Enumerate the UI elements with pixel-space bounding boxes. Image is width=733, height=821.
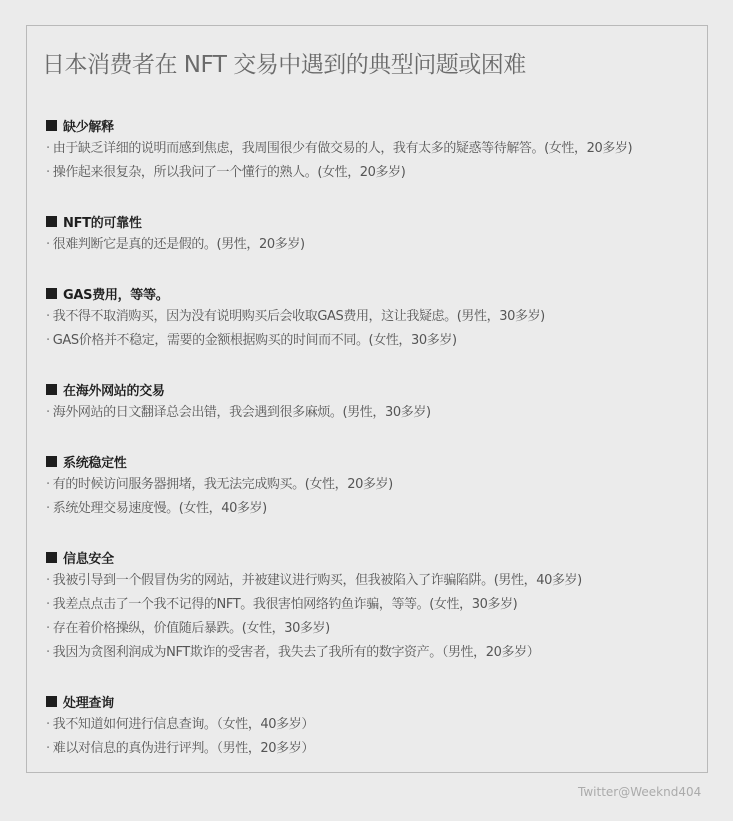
section-6: 信息安全 ·我被引导到一个假冒伪劣的网站，并被建议进行购买，但我被陷入了诈骗陷阱… (46, 545, 706, 665)
list-item: ·很难判断它是真的还是假的。(男性，20多岁) (46, 233, 706, 257)
page-title: 日本消费者在 NFT 交易中遇到的典型问题或困难 (42, 50, 526, 80)
dot-bullet-icon: · (46, 645, 50, 660)
dot-bullet-icon: · (46, 237, 50, 252)
section-header: 系统稳定性 (46, 449, 706, 473)
dot-bullet-icon: · (46, 309, 50, 324)
list-item-text: 我不知道如何进行信息查询。（女性，40多岁） (53, 717, 314, 732)
dot-bullet-icon: · (46, 597, 50, 612)
section-items: ·由于缺乏详细的说明而感到焦虑，我周围很少有做交易的人，我有太多的疑惑等待解答。… (46, 137, 706, 185)
section-header-text: NFT的可靠性 (63, 212, 142, 231)
square-bullet-icon (46, 696, 57, 707)
list-item-text: 很难判断它是真的还是假的。(男性，20多岁) (53, 237, 305, 252)
list-item: ·我被引导到一个假冒伪劣的网站，并被建议进行购买，但我被陷入了诈骗陷阱。(男性，… (46, 569, 706, 593)
section-items: ·我被引导到一个假冒伪劣的网站，并被建议进行购买，但我被陷入了诈骗陷阱。(男性，… (46, 569, 706, 665)
section-4: 在海外网站的交易 ·海外网站的日文翻译总会出错，我会遇到很多麻烦。(男性，30多… (46, 377, 706, 425)
list-item: ·存在着价格操纵，价值随后暴跌。(女性，30多岁) (46, 617, 706, 641)
section-header: 缺少解释 (46, 113, 706, 137)
section-3: GAS费用，等等。 ·我不得不取消购买，因为没有说明购买后会收取GAS费用，这让… (46, 281, 706, 353)
list-item: ·我因为贪图利润成为NFT欺诈的受害者，我失去了我所有的数字资产。（男性，20多… (46, 641, 706, 665)
section-header: NFT的可靠性 (46, 209, 706, 233)
section-2: NFT的可靠性 ·很难判断它是真的还是假的。(男性，20多岁) (46, 209, 706, 257)
square-bullet-icon (46, 552, 57, 563)
list-item: ·由于缺乏详细的说明而感到焦虑，我周围很少有做交易的人，我有太多的疑惑等待解答。… (46, 137, 706, 161)
section-items: ·很难判断它是真的还是假的。(男性，20多岁) (46, 233, 706, 257)
list-item: ·系统处理交易速度慢。(女性，40多岁) (46, 497, 706, 521)
list-item-text: 有的时候访问服务器拥堵，我无法完成购买。(女性，20多岁) (53, 477, 393, 492)
dot-bullet-icon: · (46, 741, 50, 756)
section-items: ·我不得不取消购买，因为没有说明购买后会收取GAS费用，这让我疑虑。(男性，30… (46, 305, 706, 353)
section-header-text: 信息安全 (63, 548, 114, 567)
dot-bullet-icon: · (46, 477, 50, 492)
dot-bullet-icon: · (46, 717, 50, 732)
section-header: 在海外网站的交易 (46, 377, 706, 401)
footer-credit: Twitter@Weeknd404 (578, 785, 701, 799)
list-item-text: 我不得不取消购买，因为没有说明购买后会收取GAS费用，这让我疑虑。(男性，30多… (53, 309, 545, 324)
section-header: 信息安全 (46, 545, 706, 569)
list-item: ·难以对信息的真伪进行评判。（男性，20多岁） (46, 737, 706, 761)
square-bullet-icon (46, 120, 57, 131)
list-item: ·我不知道如何进行信息查询。（女性，40多岁） (46, 713, 706, 737)
list-item-text: 由于缺乏详细的说明而感到焦虑，我周围很少有做交易的人，我有太多的疑惑等待解答。(… (53, 141, 633, 156)
list-item-text: 操作起来很复杂，所以我问了一个懂行的熟人。(女性，20多岁) (53, 165, 406, 180)
section-items: ·有的时候访问服务器拥堵，我无法完成购买。(女性，20多岁)·系统处理交易速度慢… (46, 473, 706, 521)
dot-bullet-icon: · (46, 141, 50, 156)
section-header: GAS费用，等等。 (46, 281, 706, 305)
content-card: 日本消费者在 NFT 交易中遇到的典型问题或困难 缺少解释 ·由于缺乏详细的说明… (26, 25, 708, 773)
list-item-text: GAS价格并不稳定，需要的金额根据购买的时间而不同。(女性，30多岁) (53, 333, 457, 348)
section-header-text: 系统稳定性 (63, 452, 127, 471)
list-item-text: 我因为贪图利润成为NFT欺诈的受害者，我失去了我所有的数字资产。（男性，20多岁… (53, 645, 540, 660)
section-header-text: 在海外网站的交易 (63, 380, 165, 399)
dot-bullet-icon: · (46, 621, 50, 636)
dot-bullet-icon: · (46, 165, 50, 180)
list-item-text: 系统处理交易速度慢。(女性，40多岁) (53, 501, 267, 516)
section-header-text: GAS费用，等等。 (63, 284, 168, 303)
list-item: ·海外网站的日文翻译总会出错，我会遇到很多麻烦。(男性，30多岁) (46, 401, 706, 425)
list-item-text: 我被引导到一个假冒伪劣的网站，并被建议进行购买，但我被陷入了诈骗陷阱。(男性，4… (53, 573, 582, 588)
list-item: ·我差点点击了一个我不记得的NFT。我很害怕网络钓鱼诈骗，等等。(女性，30多岁… (46, 593, 706, 617)
list-item-text: 难以对信息的真伪进行评判。（男性，20多岁） (53, 741, 314, 756)
section-items: ·我不知道如何进行信息查询。（女性，40多岁）·难以对信息的真伪进行评判。（男性… (46, 713, 706, 761)
section-header: 处理查询 (46, 689, 706, 713)
section-5: 系统稳定性 ·有的时候访问服务器拥堵，我无法完成购买。(女性，20多岁)·系统处… (46, 449, 706, 521)
dot-bullet-icon: · (46, 501, 50, 516)
list-item-text: 存在着价格操纵，价值随后暴跌。(女性，30多岁) (53, 621, 330, 636)
square-bullet-icon (46, 456, 57, 467)
list-item-text: 我差点点击了一个我不记得的NFT。我很害怕网络钓鱼诈骗，等等。(女性，30多岁) (53, 597, 518, 612)
dot-bullet-icon: · (46, 405, 50, 420)
list-item: ·GAS价格并不稳定，需要的金额根据购买的时间而不同。(女性，30多岁) (46, 329, 706, 353)
section-7: 处理查询 ·我不知道如何进行信息查询。（女性，40多岁）·难以对信息的真伪进行评… (46, 689, 706, 761)
section-1: 缺少解释 ·由于缺乏详细的说明而感到焦虑，我周围很少有做交易的人，我有太多的疑惑… (46, 113, 706, 185)
section-items: ·海外网站的日文翻译总会出错，我会遇到很多麻烦。(男性，30多岁) (46, 401, 706, 425)
square-bullet-icon (46, 384, 57, 395)
dot-bullet-icon: · (46, 333, 50, 348)
list-item: ·操作起来很复杂，所以我问了一个懂行的熟人。(女性，20多岁) (46, 161, 706, 185)
square-bullet-icon (46, 288, 57, 299)
sections-list: 缺少解释 ·由于缺乏详细的说明而感到焦虑，我周围很少有做交易的人，我有太多的疑惑… (46, 113, 706, 785)
list-item: ·有的时候访问服务器拥堵，我无法完成购买。(女性，20多岁) (46, 473, 706, 497)
section-header-text: 处理查询 (63, 692, 114, 711)
section-header-text: 缺少解释 (63, 116, 114, 135)
list-item: ·我不得不取消购买，因为没有说明购买后会收取GAS费用，这让我疑虑。(男性，30… (46, 305, 706, 329)
square-bullet-icon (46, 216, 57, 227)
dot-bullet-icon: · (46, 573, 50, 588)
list-item-text: 海外网站的日文翻译总会出错，我会遇到很多麻烦。(男性，30多岁) (53, 405, 431, 420)
